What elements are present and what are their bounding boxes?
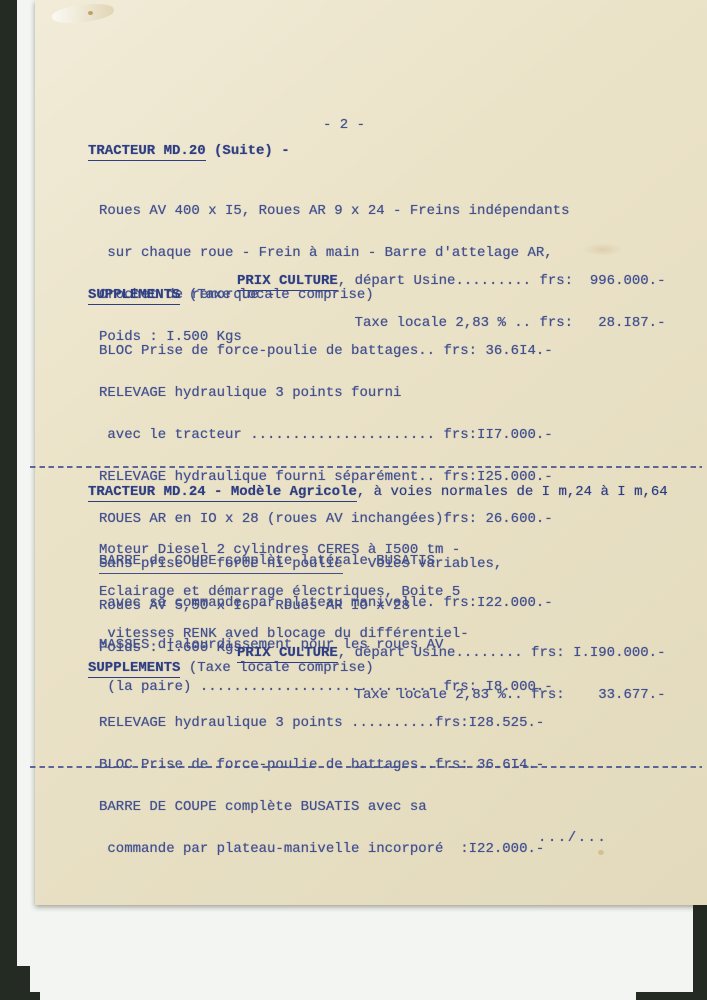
md20-heading: TRACTEUR MD.20 (Suite) - xyxy=(88,144,290,158)
paper-speck xyxy=(88,11,93,15)
supplement-line: RELEVAGE hydraulique fourni séparément..… xyxy=(99,470,553,484)
scanner-background: - 2 - TRACTEUR MD.20 (Suite) - Roues AV … xyxy=(0,0,707,1000)
md24-supplements-label: SUPPLEMENTS xyxy=(88,660,180,678)
continuation-mark: .../... xyxy=(538,831,607,845)
md24-no-pto-rest: - Voies variables, xyxy=(343,556,503,572)
scanner-bed-notch xyxy=(10,966,30,1000)
md24-no-pto-line: Sans prise de force ni poulie - Voies va… xyxy=(99,557,502,571)
md24-price-factory-value: , départ Usine........ frs: I.I90.000.- xyxy=(338,645,666,661)
supplement-line: RELEVAGE hydraulique 3 points fourni xyxy=(99,386,553,400)
md20-supplements-suffix: (Taxe locale comprise) xyxy=(180,287,373,303)
md24-supplements-heading: SUPPLEMENTS (Taxe locale comprise) xyxy=(88,661,374,675)
supplement-line: BLOC Prise de force-poulie de battages..… xyxy=(99,758,544,772)
supplement-line: avec le tracteur ...................... … xyxy=(99,428,553,442)
md20-supplements-label: SUPPLEMENTS xyxy=(88,287,180,305)
supplement-line: BARRE DE COUPE complète BUSATIS avec sa xyxy=(99,800,544,814)
supplement-line: commande par plateau-manivelle incorporé… xyxy=(99,842,544,856)
backing-sheet-edge xyxy=(40,984,636,1000)
md24-heading-suffix: , à voies normales de I m,24 à I m,64 xyxy=(357,484,668,500)
dashed-separator xyxy=(30,466,702,468)
md20-heading-title: TRACTEUR MD.20 xyxy=(88,143,206,161)
md24-supplements-list: RELEVAGE hydraulique 3 points ..........… xyxy=(99,688,544,884)
supplement-line: RELEVAGE hydraulique 3 points ..........… xyxy=(99,716,544,730)
spec-line: Moteur Diesel 2 cylindres CERES à I500 t… xyxy=(99,543,469,557)
md24-heading-title: TRACTEUR MD.24 - Modèle Agricole xyxy=(88,484,357,502)
md20-supplements-heading: SUPPLEMENTS (Taxe locale comprise) xyxy=(88,288,374,302)
spec-line: Roues AV 400 x I5, Roues AR 9 x 24 - Fre… xyxy=(99,204,569,218)
spec-line: Roues AV 5,50 x I6 - Roues AR IO x 28 - xyxy=(99,599,427,613)
md20-price-factory-value: , départ Usine......... frs: 996.000.- xyxy=(338,273,666,289)
dashed-separator xyxy=(30,766,702,768)
md24-supplements-suffix: (Taxe locale comprise) xyxy=(180,660,373,676)
price-line-factory: PRIX CULTURE, départ Usine......... frs:… xyxy=(237,274,665,288)
md20-heading-suffix: (Suite) - xyxy=(206,143,290,159)
supplement-line: BLOC Prise de force-poulie de battages..… xyxy=(99,344,553,358)
md24-heading: TRACTEUR MD.24 - Modèle Agricole, à voie… xyxy=(88,485,668,499)
price-line-factory: PRIX CULTURE, départ Usine........ frs: … xyxy=(237,646,665,660)
paper-fleck xyxy=(598,850,604,855)
page-number: - 2 - xyxy=(323,118,365,132)
